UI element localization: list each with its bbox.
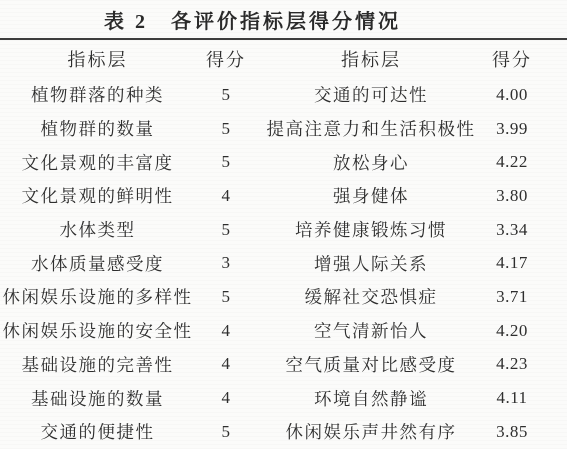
right-indicator-cell: 提高注意力和生活积极性 bbox=[285, 112, 457, 146]
right-score-cell: 3.71 bbox=[457, 280, 567, 314]
left-score-cell: 4 bbox=[195, 348, 257, 382]
scanned-paper-table: 表 2 各评价指标层得分情况 指标层 得分 指标层 得分 植物群落的种类 5 交… bbox=[0, 0, 567, 449]
table-row: 文化景观的丰富度 5 放松身心 4.22 bbox=[0, 145, 567, 179]
column-gap bbox=[257, 78, 285, 112]
header-left-indicator: 指标层 bbox=[0, 40, 195, 78]
left-indicator-cell: 基础设施的数量 bbox=[0, 381, 195, 415]
right-indicator-cell: 交通的可达性 bbox=[285, 78, 457, 112]
table-row: 水体类型 5 培养健康锻炼习惯 3.34 bbox=[0, 213, 567, 247]
header-left-score: 得分 bbox=[195, 40, 257, 78]
right-score-cell: 3.34 bbox=[457, 213, 567, 247]
table-row: 基础设施的完善性 4 空气质量对比感受度 4.23 bbox=[0, 348, 567, 382]
table-row: 休闲娱乐设施的安全性 4 空气清新怡人 4.20 bbox=[0, 314, 567, 348]
right-indicator-cell: 增强人际关系 bbox=[285, 246, 457, 280]
left-indicator-cell: 水体质量感受度 bbox=[0, 246, 195, 280]
left-score-cell: 5 bbox=[195, 78, 257, 112]
table-row: 水体质量感受度 3 增强人际关系 4.17 bbox=[0, 246, 567, 280]
right-score-cell: 3.80 bbox=[457, 179, 567, 213]
left-indicator-cell: 水体类型 bbox=[0, 213, 195, 247]
right-score-cell: 3.85 bbox=[457, 415, 567, 449]
table-row: 基础设施的数量 4 环境自然静谧 4.11 bbox=[0, 381, 567, 415]
left-score-cell: 5 bbox=[195, 145, 257, 179]
right-indicator-cell: 强身健体 bbox=[285, 179, 457, 213]
right-indicator-cell: 放松身心 bbox=[285, 145, 457, 179]
right-indicator-cell: 环境自然静谧 bbox=[285, 381, 457, 415]
left-indicator-cell: 基础设施的完善性 bbox=[0, 348, 195, 382]
right-score-cell: 4.17 bbox=[457, 246, 567, 280]
column-gap bbox=[257, 381, 285, 415]
left-indicator-cell: 文化景观的鲜明性 bbox=[0, 179, 195, 213]
right-indicator-cell: 空气质量对比感受度 bbox=[285, 348, 457, 382]
column-gap bbox=[257, 179, 285, 213]
table-row: 文化景观的鲜明性 4 强身健体 3.80 bbox=[0, 179, 567, 213]
left-indicator-cell: 植物群落的种类 bbox=[0, 78, 195, 112]
right-score-cell: 4.22 bbox=[457, 145, 567, 179]
left-score-cell: 5 bbox=[195, 280, 257, 314]
left-score-cell: 4 bbox=[195, 314, 257, 348]
column-gap bbox=[257, 348, 285, 382]
right-indicator-cell: 缓解社交恐惧症 bbox=[285, 280, 457, 314]
left-indicator-cell: 文化景观的丰富度 bbox=[0, 145, 195, 179]
header-right-indicator: 指标层 bbox=[285, 40, 457, 78]
header-right-score: 得分 bbox=[457, 40, 567, 78]
right-score-cell: 4.11 bbox=[457, 381, 567, 415]
column-gap bbox=[257, 314, 285, 348]
right-indicator-cell: 培养健康锻炼习惯 bbox=[285, 213, 457, 247]
left-score-cell: 5 bbox=[195, 213, 257, 247]
right-indicator-cell: 休闲娱乐声井然有序 bbox=[285, 415, 457, 449]
left-score-cell: 3 bbox=[195, 246, 257, 280]
table-header-row: 指标层 得分 指标层 得分 bbox=[0, 40, 567, 78]
column-gap bbox=[257, 246, 285, 280]
table-title: 表 2 各评价指标层得分情况 bbox=[0, 5, 505, 34]
table-row: 交通的便捷性 5 休闲娱乐声井然有序 3.85 bbox=[0, 415, 567, 449]
column-gap bbox=[257, 145, 285, 179]
right-score-cell: 4.23 bbox=[457, 348, 567, 382]
column-gap bbox=[257, 213, 285, 247]
right-score-cell: 4.00 bbox=[457, 78, 567, 112]
left-score-cell: 5 bbox=[195, 112, 257, 146]
left-indicator-cell: 交通的便捷性 bbox=[0, 415, 195, 449]
right-indicator-cell: 空气清新怡人 bbox=[285, 314, 457, 348]
left-score-cell: 5 bbox=[195, 415, 257, 449]
left-indicator-cell: 休闲娱乐设施的多样性 bbox=[0, 280, 195, 314]
table-row: 植物群的数量 5 提高注意力和生活积极性 3.99 bbox=[0, 112, 567, 146]
right-score-cell: 3.99 bbox=[457, 112, 567, 146]
score-table: 指标层 得分 指标层 得分 植物群落的种类 5 交通的可达性 4.00 植物群的… bbox=[0, 40, 567, 449]
left-indicator-cell: 植物群的数量 bbox=[0, 112, 195, 146]
left-score-cell: 4 bbox=[195, 179, 257, 213]
table-row: 休闲娱乐设施的多样性 5 缓解社交恐惧症 3.71 bbox=[0, 280, 567, 314]
column-gap bbox=[257, 280, 285, 314]
right-score-cell: 4.20 bbox=[457, 314, 567, 348]
column-gap bbox=[257, 415, 285, 449]
table-row: 植物群落的种类 5 交通的可达性 4.00 bbox=[0, 78, 567, 112]
column-gap bbox=[257, 40, 285, 78]
left-score-cell: 4 bbox=[195, 381, 257, 415]
left-indicator-cell: 休闲娱乐设施的安全性 bbox=[0, 314, 195, 348]
